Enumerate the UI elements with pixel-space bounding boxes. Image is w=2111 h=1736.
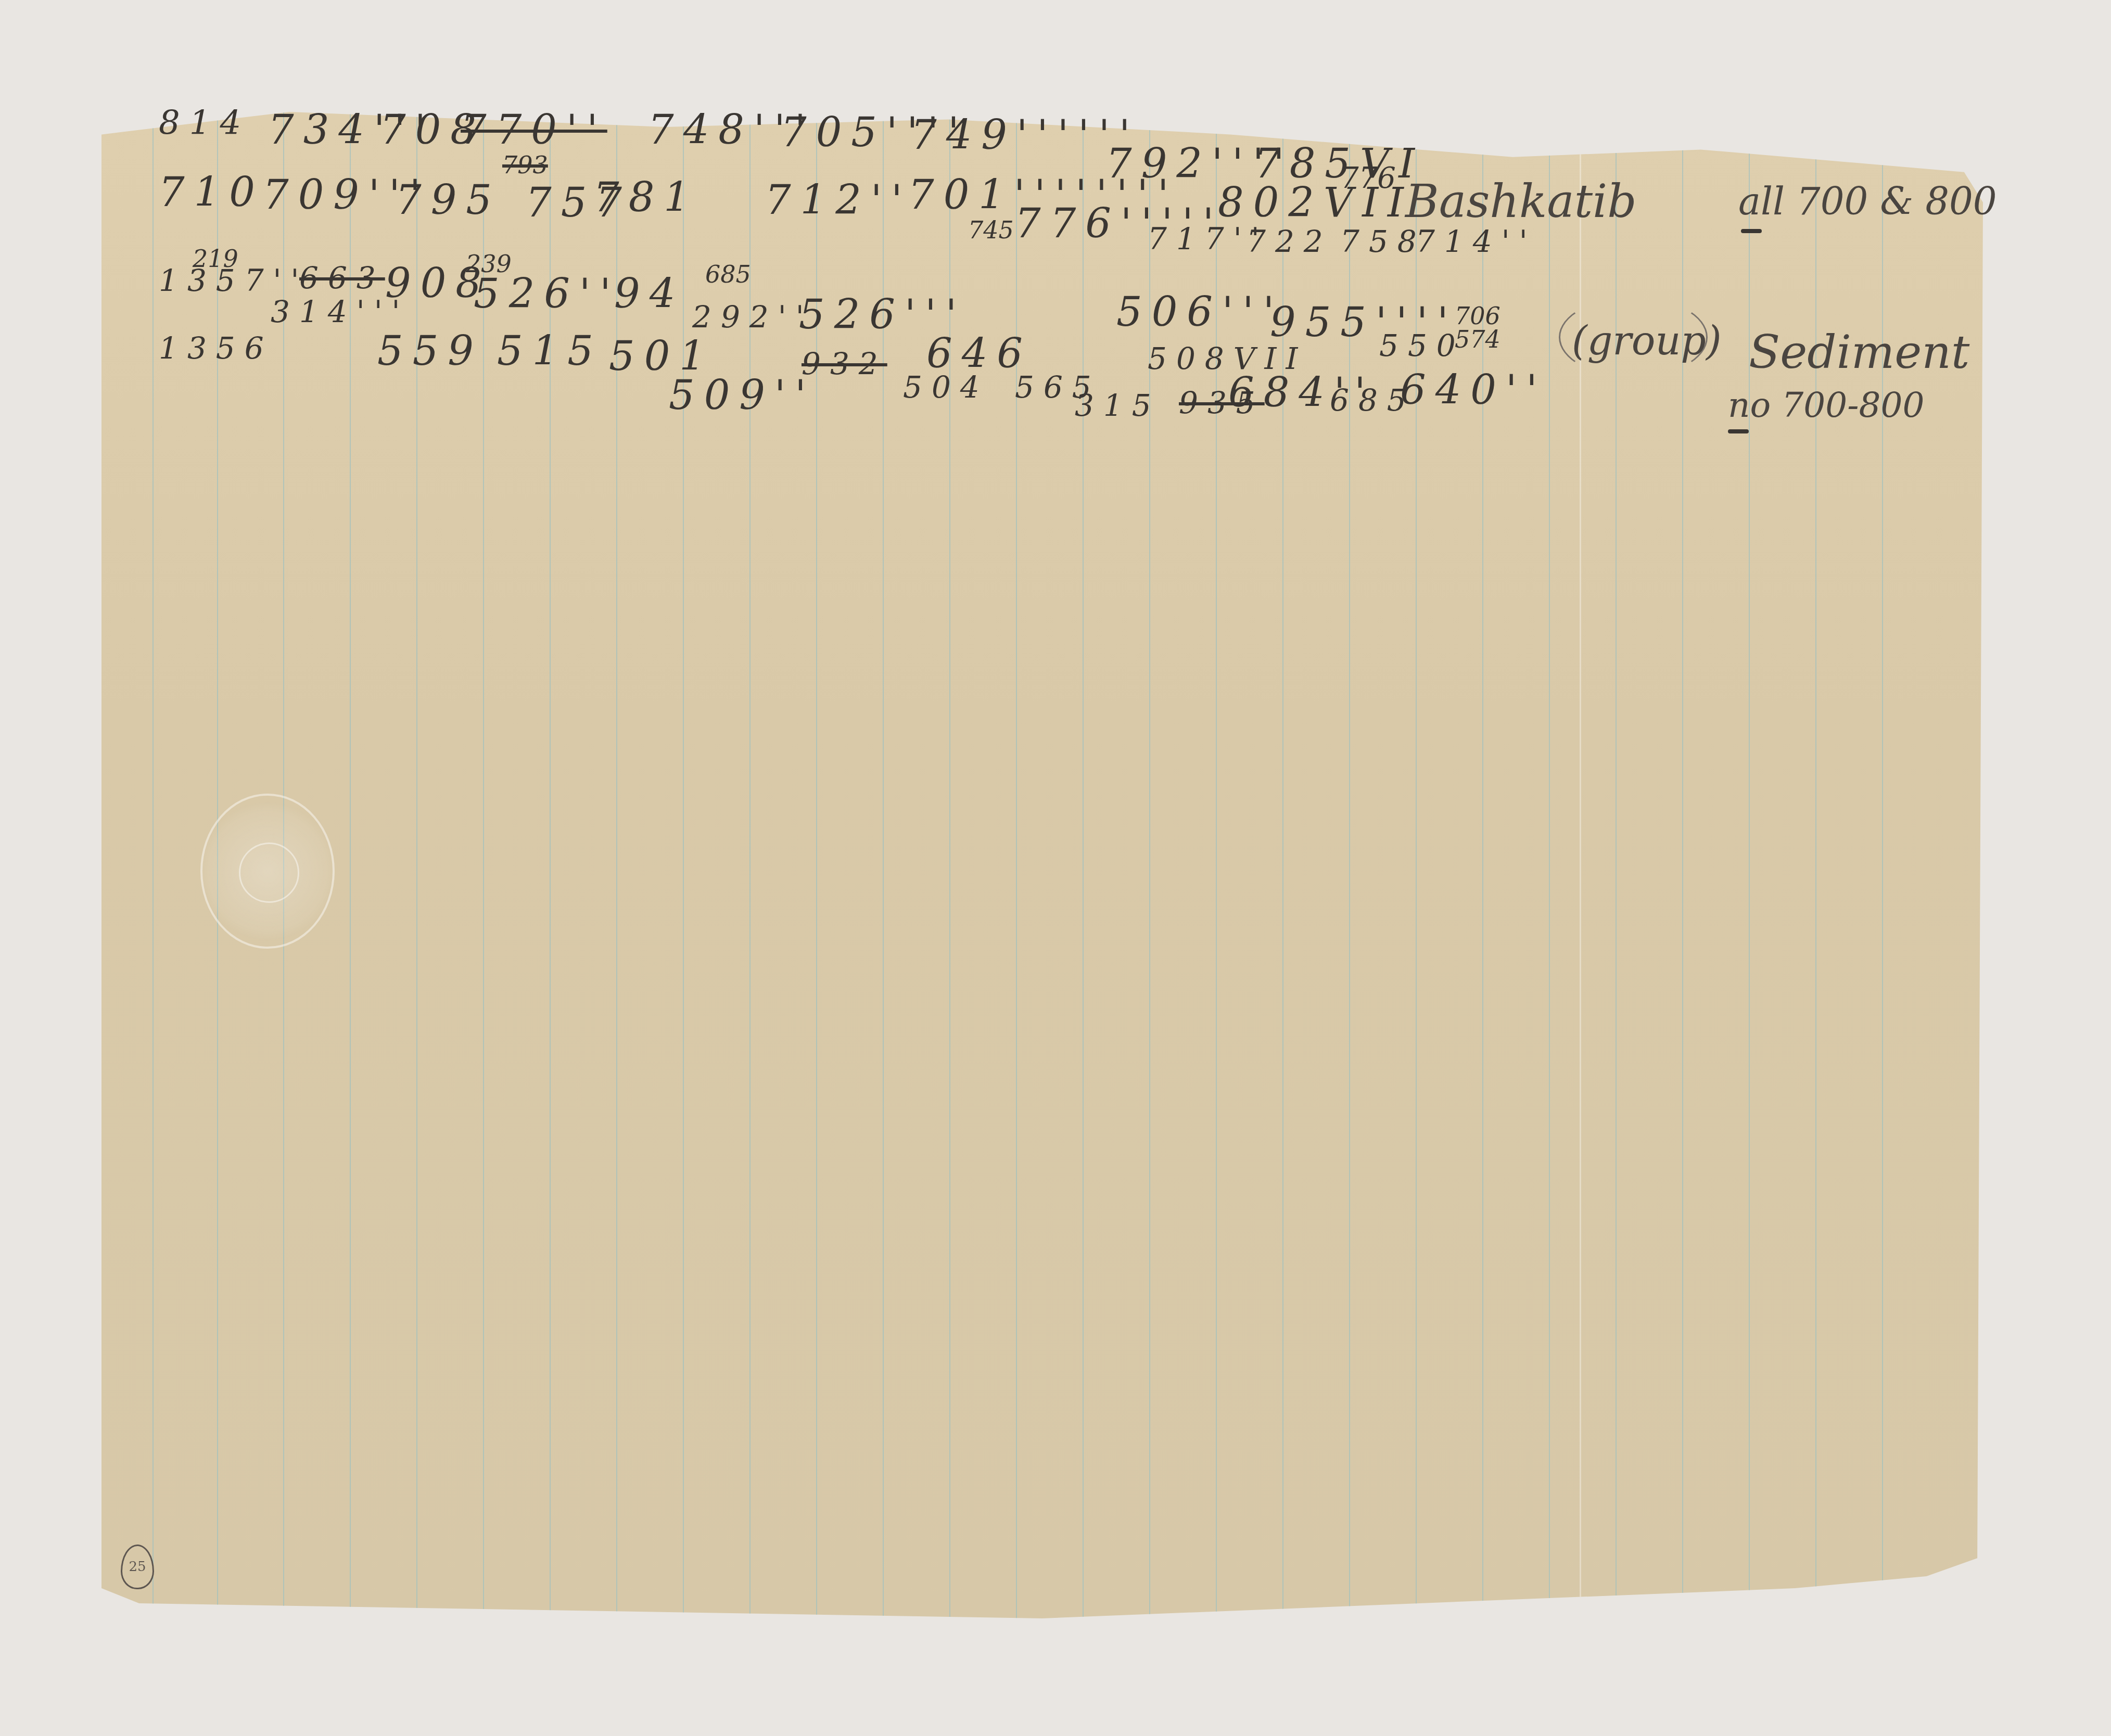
entry-315: 315	[1075, 388, 1161, 423]
underline-mark	[1728, 429, 1749, 433]
entry-793-struck: 793	[502, 151, 548, 179]
entry-710: 710	[159, 169, 264, 216]
ruled-line	[1149, 112, 1150, 1618]
seal-crest	[239, 843, 299, 903]
label-bashkatib: Bashkatib	[1405, 174, 1637, 228]
entry-758: 758	[1340, 224, 1426, 259]
entry-745: 745	[968, 216, 1014, 244]
embossed-seal-icon	[200, 794, 335, 949]
entry-663-struck: 663	[299, 260, 385, 296]
label-sediment: Sediment	[1749, 325, 1969, 379]
label-no-700-800: no 700-800	[1728, 385, 1924, 425]
entry-94: 94	[614, 271, 684, 317]
entry-714: 714''	[1416, 224, 1537, 259]
entry-814: 814	[159, 104, 250, 143]
ruled-line	[483, 112, 484, 1618]
entry-515: 515	[497, 328, 603, 375]
entry-770-struck: 770''	[461, 107, 607, 154]
entry-749: 749''''''	[911, 112, 1140, 159]
entry-550: 550	[1379, 328, 1465, 363]
entry-314: 314'''	[271, 294, 410, 329]
ruled-line	[1216, 112, 1217, 1618]
ruled-line	[350, 112, 351, 1618]
entry-722: 722	[1247, 224, 1332, 259]
label-group: (group)	[1572, 317, 1722, 364]
entry-509: 509''	[669, 372, 816, 419]
entry-685: 685	[705, 260, 751, 288]
ruled-line	[749, 112, 751, 1618]
entry-292: 292''	[692, 299, 813, 335]
entry-526: 526''	[474, 271, 620, 317]
entry-795: 795	[396, 177, 501, 224]
entry-640: 640''	[1400, 367, 1547, 414]
entry-506: 506'''	[1116, 289, 1283, 336]
ruled-line	[152, 112, 154, 1618]
underline-mark	[1741, 229, 1762, 233]
entry-504: 504	[903, 369, 989, 405]
label-all-700-800: all 700 & 800	[1738, 180, 1997, 223]
entry-712: 712''	[765, 177, 912, 224]
entry-559: 559	[377, 328, 483, 375]
ruled-line	[1549, 112, 1550, 1618]
entry-776b: 776	[1340, 161, 1396, 195]
entry-1356: 1356	[159, 330, 273, 366]
ruled-line	[1083, 112, 1084, 1618]
entry-781: 781	[593, 174, 699, 221]
entry-219: 219	[193, 245, 238, 273]
